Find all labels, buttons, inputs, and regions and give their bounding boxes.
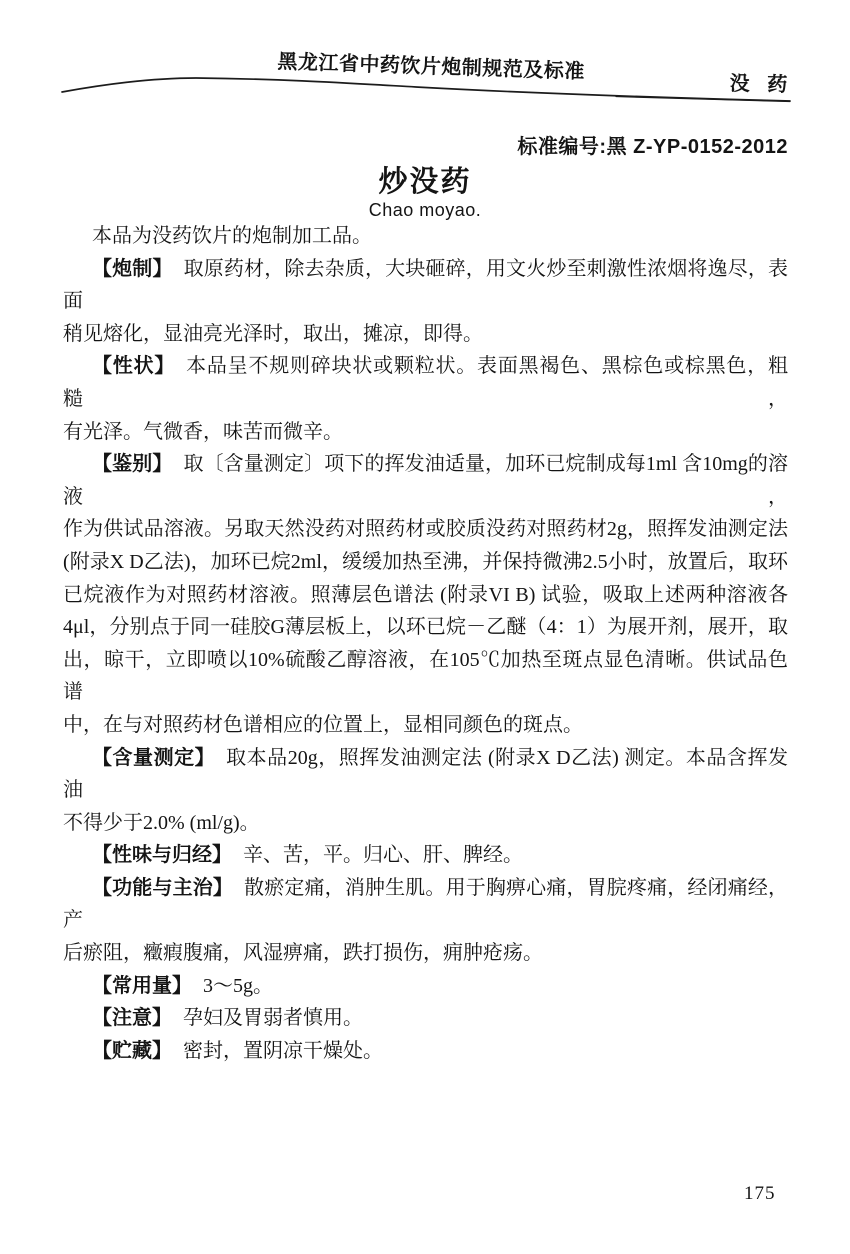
sections-container: 【炮制】取原药材，除去杂质，大块砸碎，用文火炒至刺激性浓烟将逸尽，表面稍见熔化，… <box>63 253 788 1068</box>
section-text: 孕妇及胃弱者慎用。 <box>183 1007 363 1029</box>
section-paozhi: 【炮制】取原药材，除去杂质，大块砸碎，用文火炒至刺激性浓烟将逸尽，表面稍见熔化，… <box>63 253 788 351</box>
section-jianbie: 【鉴别】取〔含量测定〕项下的挥发油适量，加环已烷制成每1ml 含10mg的溶液，… <box>63 448 788 741</box>
section-label: 【性状】 <box>92 355 175 377</box>
section-label: 【鉴别】 <box>92 453 172 475</box>
section-label: 【含量测定】 <box>92 747 215 769</box>
section-text: 辛、苦，平。归心、肝、脾经。 <box>243 844 523 866</box>
document-body: 本品为没药饮片的炮制加工品。 【炮制】取原药材，除去杂质，大块砸碎，用文火炒至刺… <box>63 220 788 1067</box>
page-title: 炒没药 <box>0 159 850 200</box>
section-label: 【功能与主治】 <box>92 877 233 899</box>
section-xingzhuang: 【性状】本品呈不规则碎块状或颗粒状。表面黑褐色、黑棕色或棕黑色，粗糙，有光泽。气… <box>63 350 788 448</box>
text-line: 【贮藏】密封，置阴凉干燥处。 <box>63 1035 788 1068</box>
text-line: 出，晾干，立即喷以10%硫酸乙醇溶液，在105℃加热至斑点显色清晰。供试品色谱 <box>63 644 788 709</box>
scan-speck <box>315 1018 320 1022</box>
section-label: 【贮藏】 <box>92 1040 172 1062</box>
section-hanliangceding: 【含量测定】取本品20g，照挥发油测定法 (附录X D乙法) 测定。本品含挥发油… <box>63 742 788 840</box>
section-label: 【常用量】 <box>92 975 192 997</box>
header-rule-line <box>56 70 796 110</box>
section-zhuyi: 【注意】孕妇及胃弱者慎用。 <box>63 1002 788 1035</box>
text-line: 不得少于2.0% (ml/g)。 <box>63 807 788 840</box>
text-line: 【性状】本品呈不规则碎块状或颗粒状。表面黑褐色、黑棕色或棕黑色，粗糙， <box>63 350 788 415</box>
text-line: 已烷液作为对照药材溶液。照薄层色谱法 (附录VI B) 试验，吸取上述两种溶液各 <box>63 579 788 612</box>
section-label: 【炮制】 <box>92 258 173 280</box>
section-changyongliang: 【常用量】3～5g。 <box>63 970 788 1003</box>
page-title-pinyin: Chao moyao. <box>0 200 850 221</box>
section-text: 密封，置阴凉干燥处。 <box>183 1040 383 1062</box>
scanned-document-page: 黑龙江省中药饮片炮制规范及标准 没 药 标准编号:黑 Z-YP-0152-201… <box>0 0 850 1254</box>
section-zhucang: 【贮藏】密封，置阴凉干燥处。 <box>63 1035 788 1068</box>
section-label: 【注意】 <box>92 1007 172 1029</box>
text-line: 稍见熔化，显油亮光泽时，取出，摊凉，即得。 <box>63 318 788 351</box>
text-line: 作为供试品溶液。另取天然没药对照药材或胶质没药对照药材2g，照挥发油测定法 <box>63 513 788 546</box>
text-line: 【性味与归经】辛、苦，平。归心、肝、脾经。 <box>63 839 788 872</box>
text-line: 4μl，分别点于同一硅胶G薄层板上，以环已烷－乙醚（4：1）为展开剂，展开，取 <box>63 611 788 644</box>
section-gongnengyuzhuzhi: 【功能与主治】散瘀定痛，消肿生肌。用于胸痹心痛，胃脘疼痛，经闭痛经，产后瘀阻，癥… <box>63 872 788 970</box>
section-xingweiyuguijing: 【性味与归经】辛、苦，平。归心、肝、脾经。 <box>63 839 788 872</box>
section-text: 3～5g。 <box>203 975 273 997</box>
section-label: 【性味与归经】 <box>92 844 232 866</box>
text-line: 有光泽。气微香，味苦而微辛。 <box>63 416 788 449</box>
page-number: 175 <box>744 1183 776 1205</box>
text-line: 【鉴别】取〔含量测定〕项下的挥发油适量，加环已烷制成每1ml 含10mg的溶液， <box>63 448 788 513</box>
text-line: 【炮制】取原药材，除去杂质，大块砸碎，用文火炒至刺激性浓烟将逸尽，表面 <box>63 253 788 318</box>
standard-number: 标准编号:黑 Z-YP-0152-2012 <box>517 130 788 159</box>
text-line: 中，在与对照药材色谱相应的位置上，显相同颜色的斑点。 <box>63 709 788 742</box>
text-line: 【含量测定】取本品20g，照挥发油测定法 (附录X D乙法) 测定。本品含挥发油 <box>63 742 788 807</box>
text-line: 【注意】孕妇及胃弱者慎用。 <box>63 1002 788 1035</box>
text-line: 后瘀阻，癥瘕腹痛，风湿痹痛，跌打损伤，痈肿疮疡。 <box>63 937 788 970</box>
text-line: 【功能与主治】散瘀定痛，消肿生肌。用于胸痹心痛，胃脘疼痛，经闭痛经，产 <box>63 872 788 937</box>
text-line: (附录X D乙法)，加环已烷2ml，缓缓加热至沸，并保持微沸2.5小时，放置后，… <box>63 546 788 579</box>
text-line: 【常用量】3～5g。 <box>63 970 788 1003</box>
intro-paragraph: 本品为没药饮片的炮制加工品。 <box>63 220 788 253</box>
